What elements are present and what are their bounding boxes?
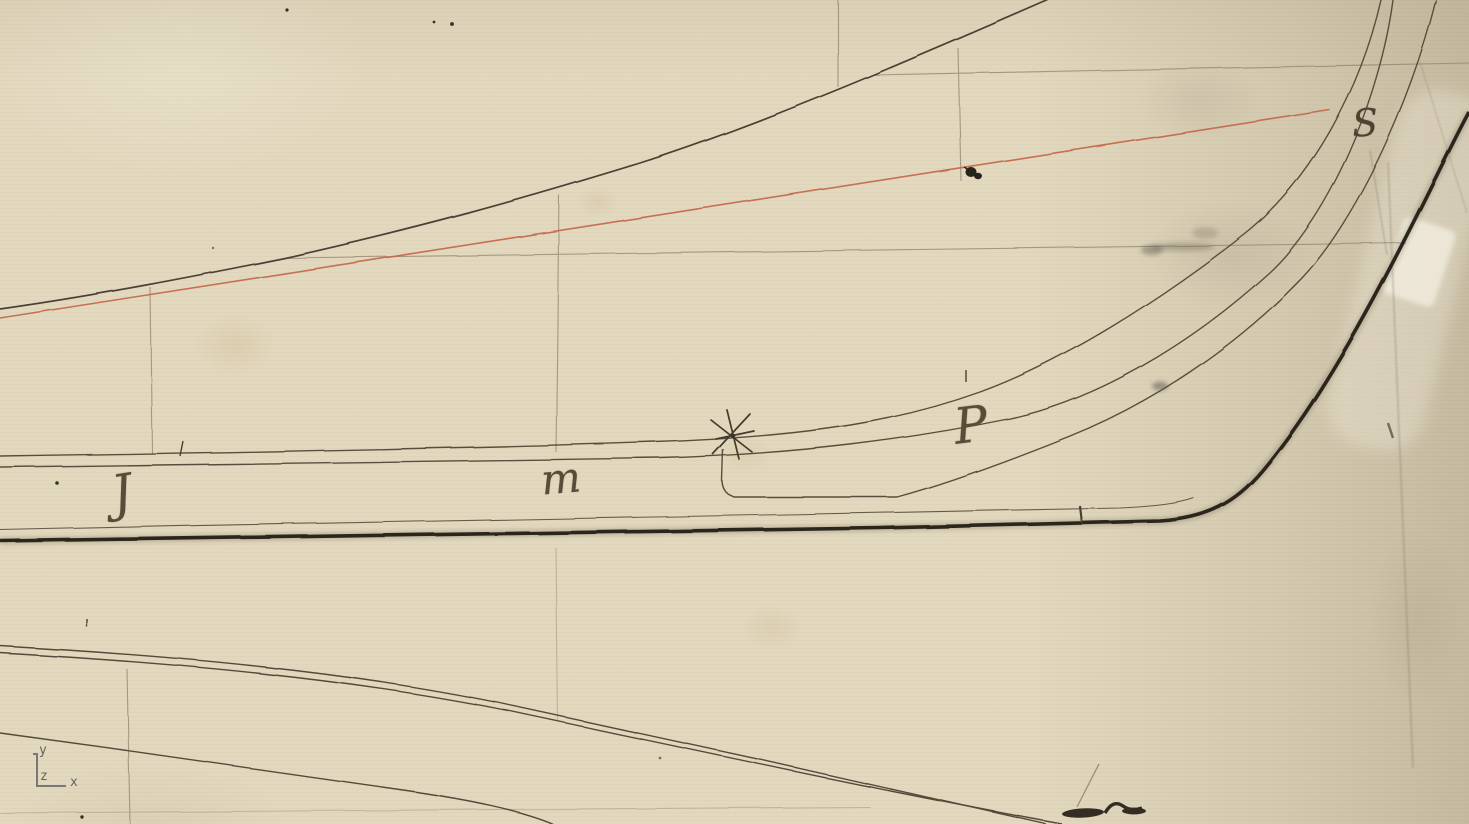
- scanned-drawing: [0, 0, 1469, 824]
- paper-grain: [0, 0, 1469, 824]
- label-m: m: [539, 456, 582, 501]
- axis-x-line: [36, 785, 66, 787]
- axis-y-tick: [33, 753, 37, 755]
- axis-z-label: z: [40, 769, 48, 784]
- label-S: S: [1351, 103, 1379, 142]
- axis-y-label: y: [39, 743, 47, 758]
- label-P: P: [951, 398, 990, 452]
- axis-y-line: [36, 753, 38, 787]
- axis-indicator: y z x: [28, 745, 88, 797]
- cad-viewport[interactable]: J m P S y z x: [0, 0, 1469, 824]
- axis-x-label: x: [70, 775, 78, 790]
